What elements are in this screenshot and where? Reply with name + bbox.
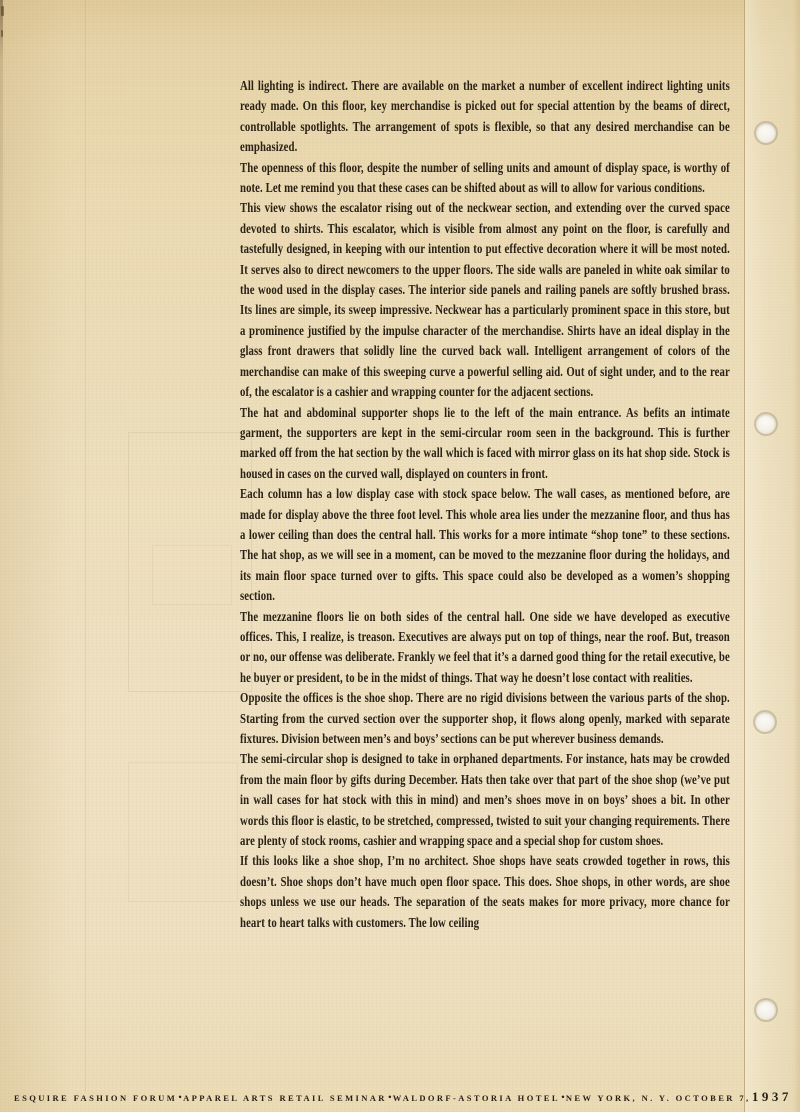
underlying-sheet-edge [744,0,800,1112]
binding-hole [756,1000,776,1020]
scanned-document-page: All lighting is indirect. There are avai… [0,0,800,1112]
footer-segment: APPAREL ARTS RETAIL SEMINAR [183,1093,387,1103]
bullet-separator: • [388,1092,391,1102]
paragraph: Opposite the offices is the shoe shop. T… [240,688,730,749]
bullet-separator: • [561,1092,564,1102]
body-text: All lighting is indirect. There are avai… [240,76,730,933]
paper-fold-line [85,0,86,1092]
binding-hole [756,123,776,143]
page-left-edge-shadow [0,0,3,430]
bullet-separator: • [179,1092,182,1102]
showthrough-ghost [152,545,232,605]
scan-edge-mark [1,30,3,37]
footer-segment: NEW YORK, N. Y. OCTOBER 7, [566,1093,751,1103]
paragraph: Each column has a low display case with … [240,484,730,606]
scan-edge-mark [1,6,4,16]
paragraph: The mezzanine floors lie on both sides o… [240,607,730,689]
paragraph: The openness of this floor, despite the … [240,158,730,199]
footer-segment: ESQUIRE FASHION FORUM [14,1093,177,1103]
paragraph: If this looks like a shoe shop, I’m no a… [240,851,730,933]
paragraph: All lighting is indirect. There are avai… [240,76,730,158]
paragraph: The hat and abdominal supporter shops li… [240,403,730,485]
showthrough-ghost [128,762,238,902]
paragraph: The semi-circular shop is designed to ta… [240,749,730,851]
footer-year: 1937 [752,1089,792,1105]
paragraph: This view shows the escalator rising out… [240,198,730,402]
footer-segment: WALDORF-ASTORIA HOTEL [393,1093,560,1103]
binding-hole [755,712,775,732]
binding-hole [756,414,776,434]
footer-caption: ESQUIRE FASHION FORUM•APPAREL ARTS RETAI… [14,1089,792,1105]
